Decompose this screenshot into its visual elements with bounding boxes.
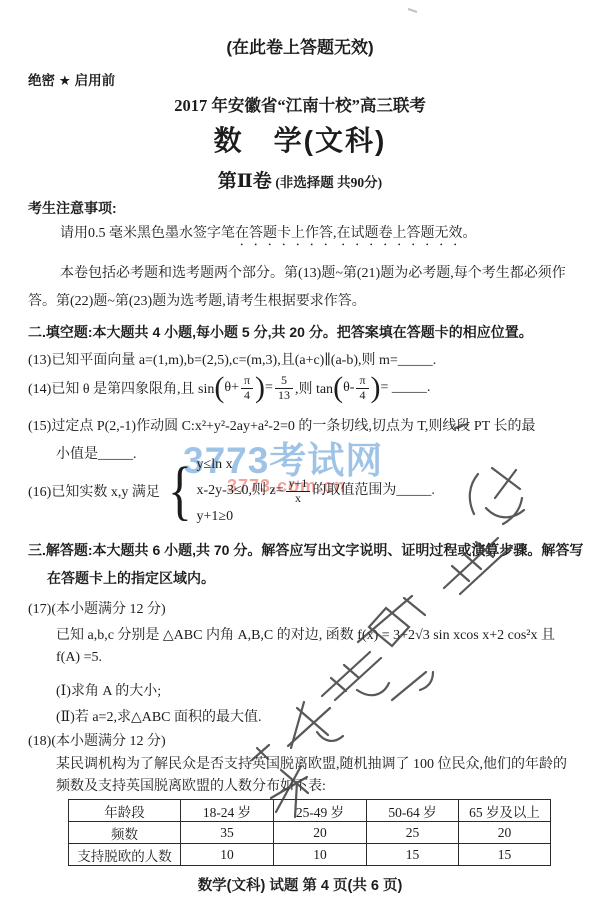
q14-arg-2: θ-: [343, 380, 354, 396]
invalid-notice: (在此卷上答题无效): [0, 33, 600, 58]
table-row-supporters: 支持脱欧的人数 10 10 15 15: [69, 844, 551, 866]
q16-inequality-system: y≤ln x x-2y-3≤0, 则 z= y+1x 的取值范围为_____. …: [197, 453, 435, 530]
q16-condition-3: y+1≥0: [197, 505, 435, 529]
question-17-body-line2: f(A) =5.: [56, 650, 102, 666]
table-header-cell: 65 岁及以上: [459, 800, 551, 822]
table-row-label: 频数: [69, 822, 181, 844]
table-header-cell: 18-24 岁: [181, 800, 274, 822]
table-cell: 20: [459, 822, 551, 844]
section3-heading-line1: 三.解答题:本大题共 6 小题,共 70 分。解答应写出文字说明、证明过程或演算…: [28, 540, 583, 560]
section3-heading-line2: 在答题卡上的指定区域内。: [47, 568, 215, 588]
q14-arg-1: θ+: [224, 380, 239, 396]
volume-title: 第Ⅱ卷: [218, 171, 272, 192]
table-header-row: 年龄段 18-24 岁 25-49 岁 50-64 岁 65 岁及以上: [69, 800, 551, 822]
table-cell: 10: [274, 844, 367, 866]
table-header-cell: 年龄段: [69, 800, 181, 822]
q14-mid: ,则 tan: [295, 378, 333, 398]
question-17-item-1: (Ⅰ)求角 A 的大小;: [56, 680, 161, 700]
volume-heading: 第Ⅱ卷 (非选择题 共90分): [0, 166, 600, 193]
question-14: (14)已知 θ 是第四象限角,且 sin ( θ+ π4 ) = 513 ,则…: [28, 370, 430, 406]
question-18-header: (18)(本小题满分 12 分): [28, 730, 166, 750]
section2-heading: 二.填空题:本大题共 4 小题,每小题 5 分,共 20 分。把答案填在答题卡的…: [28, 322, 533, 342]
q14-pre: (14)已知 θ 是第四象限角,且 sin: [28, 378, 214, 398]
frequency-table: 年龄段 18-24 岁 25-49 岁 50-64 岁 65 岁及以上 频数 3…: [68, 799, 551, 866]
pen-instruction-emphasis-2: 在试题卷上答题无效。: [337, 226, 477, 241]
q14-fraction-5-13: 513: [275, 374, 293, 403]
notice-heading: 考生注意事项:: [28, 198, 117, 218]
volume-note: (非选择题 共90分): [275, 175, 382, 190]
table-row-label: 支持脱欧的人数: [69, 844, 181, 866]
q14-tail: = _____.: [381, 380, 431, 396]
q16-condition-2-line: x-2y-3≤0, 则 z= y+1x 的取值范围为_____.: [197, 477, 435, 506]
scope-paragraph-line2: 答。第(22)题~第(23)题为选考题,请考生根据要求作答。: [28, 290, 366, 310]
q16-condition-1: y≤ln x: [197, 453, 435, 477]
scan-artifact: [408, 9, 417, 12]
q16-brace: {: [168, 461, 192, 520]
table-cell: 15: [367, 844, 459, 866]
q16-fraction-y1-x: y+1x: [286, 477, 311, 506]
question-15-line1: (15)过定点 P(2,-1)作动圆 C:x²+y²-2ay+a²-2=0 的一…: [28, 415, 535, 435]
table-cell: 25: [367, 822, 459, 844]
q14-fraction-pi-4-b: π4: [356, 374, 368, 403]
question-17-header: (17)(本小题满分 12 分): [28, 598, 166, 618]
question-16: (16)已知实数 x,y 满足 { y≤ln x x-2y-3≤0, 则 z= …: [28, 452, 435, 530]
pen-instruction-emphasis-1: 在答题卡上作答: [235, 226, 333, 241]
table-header-cell: 25-49 岁: [274, 800, 367, 822]
subject-title: 数 学(文科): [0, 119, 600, 159]
exam-title: 2017 年安徽省“江南十校”高三联考: [0, 92, 600, 116]
table-cell: 10: [181, 844, 274, 866]
question-18-body-line1: 某民调机构为了解民众是否支持英国脱离欧盟,随机抽调了 100 位民众,他们的年龄…: [56, 753, 567, 773]
table-cell: 15: [459, 844, 551, 866]
scope-paragraph-line1: 本卷包括必考题和选考题两个部分。第(13)题~第(21)题为必考题,每个考生都必…: [60, 262, 566, 282]
question-17-item-2: (Ⅱ)若 a=2,求△ABC 面积的最大值.: [56, 706, 262, 726]
q14-equals: =: [265, 380, 273, 396]
pen-instruction: 请用0.5 毫米黑色墨水签字笔在答题卡上作答,在试题卷上答题无效。: [60, 222, 477, 249]
table-cell: 20: [274, 822, 367, 844]
q16-condition-2: x-2y-3≤0,: [197, 479, 253, 503]
question-17-body-line1: 已知 a,b,c 分别是 △ABC 内角 A,B,C 的对边, 函数 f(x) …: [56, 624, 555, 644]
pen-instruction-prefix: 请用0.5 毫米黑色墨水签字笔: [60, 226, 235, 241]
q16-tail: 的取值范围为_____.: [312, 479, 435, 503]
secrecy-label: 绝密 ★ 启用前: [28, 69, 115, 89]
q14-fraction-pi-4-a: π4: [241, 374, 253, 403]
table-cell: 35: [181, 822, 274, 844]
page-footer: 数学(文科) 试题 第 4 页(共 6 页): [0, 874, 600, 895]
table-row-frequency: 频数 35 20 25 20: [69, 822, 551, 844]
q16-pre: (16)已知实数 x,y 满足: [28, 481, 160, 501]
question-18-body-line2: 频数及支持英国脱离欧盟的人数分布如下表:: [56, 775, 326, 795]
table-header-cell: 50-64 岁: [367, 800, 459, 822]
question-13: (13)已知平面向量 a=(1,m),b=(2,5),c=(m,3),且(a+c…: [28, 349, 436, 369]
q16-mid: 则 z=: [252, 479, 284, 503]
exam-paper-page: (在此卷上答题无效) 绝密 ★ 启用前 2017 年安徽省“江南十校”高三联考 …: [0, 0, 600, 901]
